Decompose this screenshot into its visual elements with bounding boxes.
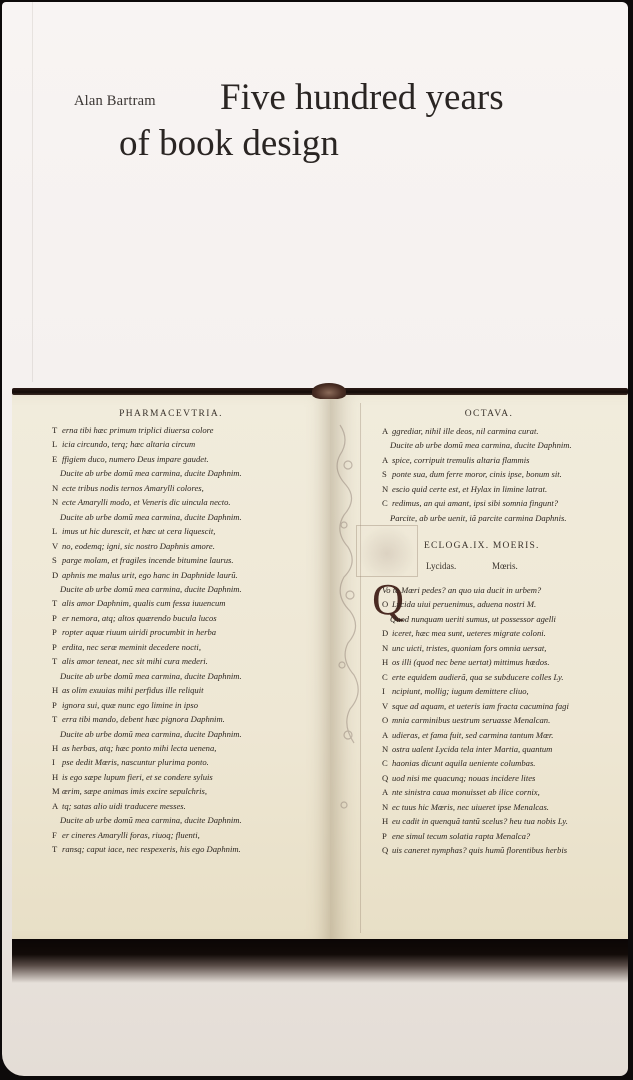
- verse-line: Ducite ab urbe domũ mea carmina, ducite …: [52, 813, 242, 827]
- verse-line: Vo te Mœri pedes? an quo uia ducit in ur…: [382, 583, 569, 597]
- verse-line: Aspice, corripuit tremulis altaria flamm…: [382, 453, 572, 467]
- line-initial: Q: [382, 771, 392, 785]
- line-text: Quod nunquam ueriti sumus, ut possessor …: [390, 614, 556, 624]
- verse-line: Certe equidem audierã, qua se subducere …: [382, 670, 569, 684]
- line-initial: H: [52, 770, 62, 784]
- line-initial: N: [52, 481, 62, 495]
- verse-line: Ante sinistra caua monuisset ab ilice co…: [382, 785, 569, 799]
- line-initial: A: [382, 424, 392, 438]
- line-text: ffigiem duco, numero Deus impare gaudet.: [62, 454, 209, 464]
- line-text: ncipiunt, mollig; iugum demittere cliuo,: [392, 686, 529, 696]
- line-text: œrim, sæpe animas imis excire sepulchris…: [62, 786, 207, 796]
- line-initial: V: [52, 539, 62, 553]
- verse-line: Hos illi (quod nec bene uertat) mittimus…: [382, 655, 569, 669]
- line-text: Parcite, ab urbe uenit, iã parcite carmi…: [390, 513, 566, 523]
- line-initial: P: [52, 625, 62, 639]
- verse-line: Has herbas, atq; hæc ponto mihi lecta ue…: [52, 741, 242, 755]
- line-text: aphnis me malus urit, ego hanc in Daphni…: [62, 570, 238, 580]
- line-text: ene simul tecum solatia rapta Menalca?: [392, 831, 530, 841]
- line-initial: S: [52, 553, 62, 567]
- line-text: spice, corripuit tremulis altaria flammi…: [392, 455, 529, 465]
- line-text: Lycida uiui peruenimus, aduena nostri M.: [392, 599, 536, 609]
- line-initial: N: [382, 641, 392, 655]
- line-text: ransq; caput iace, nec respexeris, his e…: [62, 844, 241, 854]
- verse-line: Aggrediar, nihil ille deos, nil carmina …: [382, 424, 572, 438]
- line-initial: H: [52, 683, 62, 697]
- gutter-rule: [360, 403, 361, 933]
- verse-line: Nostra ualent Lycida tela inter Martia, …: [382, 742, 569, 756]
- line-initial: H: [52, 741, 62, 755]
- line-text: is ego sæpe lupum fieri, et se condere s…: [62, 772, 213, 782]
- verse-line: Sponte sua, dum ferre moror, cinis ipse,…: [382, 467, 572, 481]
- line-initial: O: [382, 597, 392, 611]
- line-text: er nemora, atq; altos quærendo bucula lu…: [62, 613, 217, 623]
- line-initial: I: [52, 755, 62, 769]
- verse-line: Terna tibi hæc primum triplici diuersa c…: [52, 423, 242, 437]
- line-initial: T: [52, 712, 62, 726]
- line-initial: O: [382, 713, 392, 727]
- right-page-text-bottom: Vo te Mœri pedes? an quo uia ducit in ur…: [382, 583, 569, 858]
- line-text: Ducite ab urbe domũ mea carmina, ducite …: [60, 468, 242, 478]
- line-initial: C: [382, 670, 392, 684]
- line-initial: P: [52, 640, 62, 654]
- line-text: ostra ualent Lycida tela inter Martia, q…: [392, 744, 552, 754]
- line-initial: C: [382, 496, 392, 510]
- verse-line: Nescio quid certe est, et Hylax in limin…: [382, 482, 572, 496]
- line-text: haonias dicunt aquila ueniente columbas.: [392, 758, 535, 768]
- verse-line: Transq; caput iace, nec respexeris, his …: [52, 842, 242, 856]
- line-initial: A: [382, 785, 392, 799]
- verse-line: OLycida uiui peruenimus, aduena nostri M…: [382, 597, 569, 611]
- verse-line: Daphnis me malus urit, ego hanc in Daphn…: [52, 568, 242, 582]
- title-line-1: Five hundred years: [119, 75, 504, 121]
- line-text: ecte Amarylli modo, et Veneris dic uincu…: [62, 497, 231, 507]
- line-text: escio quid certe est, et Hylax in limine…: [392, 484, 547, 494]
- verse-line: Audieras, et fama fuit, sed carmina tant…: [382, 728, 569, 742]
- verse-line: Limus ut hic durescit, et hæc ut cera li…: [52, 524, 242, 538]
- line-initial: L: [52, 524, 62, 538]
- verse-line: Quod nisi me quacunq; nouas incidere lit…: [382, 771, 569, 785]
- line-text: ropter aquæ riuum uiridi procumbit in he…: [62, 627, 216, 637]
- verse-line: Per nemora, atq; altos quærendo bucula l…: [52, 611, 242, 625]
- line-initial: A: [382, 728, 392, 742]
- line-initial: T: [52, 423, 62, 437]
- verse-line: Vsque ad aquam, et ueteris iam fracta ca…: [382, 699, 569, 713]
- line-initial: N: [382, 482, 392, 496]
- line-text: parge molam, et fragiles incende bitumin…: [62, 555, 234, 565]
- line-text: Ducite ab urbe domũ mea carmina, ducite …: [60, 815, 242, 825]
- verse-line: Parcite, ab urbe uenit, iã parcite carmi…: [382, 511, 572, 525]
- verse-line: Incipiunt, mollig; iugum demittere cliuo…: [382, 684, 569, 698]
- verse-line: Quod nunquam ueriti sumus, ut possessor …: [382, 612, 569, 626]
- line-text: Ducite ab urbe domũ mea carmina, ducite …: [60, 729, 242, 739]
- line-text: icia circundo, terq; hæc altaria circum: [62, 439, 195, 449]
- line-initial: P: [52, 611, 62, 625]
- line-text: erra tibi mando, debent hæc pignora Daph…: [62, 714, 225, 724]
- line-text: alis amor Daphnim, qualis cum fessa iuue…: [62, 598, 226, 608]
- left-page: PHARMACEVTRIA. Terna tibi hæc primum tri…: [12, 395, 330, 941]
- line-initial: N: [382, 800, 392, 814]
- verse-line: Ipse dedit Mœris, nascuntur plurima pont…: [52, 755, 242, 769]
- verse-line: Vno, eodemq; igni, sic nostro Daphnis am…: [52, 539, 242, 553]
- line-initial: A: [382, 453, 392, 467]
- line-text: unc uicti, tristes, quoniam fors omnia u…: [392, 643, 546, 653]
- verse-line: Necte Amarylli modo, et Veneris dic uinc…: [52, 495, 242, 509]
- line-text: imus ut hic durescit, et hæc ut cera liq…: [62, 526, 215, 536]
- verse-line: Nec tuus hic Mœris, nec uiueret ipse Men…: [382, 800, 569, 814]
- right-running-head: OCTAVA.: [330, 409, 633, 419]
- verse-line: Ducite ab urbe domũ mea carmina, ducite …: [52, 727, 242, 741]
- speaker-1: Lycidas.: [426, 561, 456, 571]
- line-initial: I: [382, 684, 392, 698]
- line-initial: L: [52, 437, 62, 451]
- line-initial: N: [52, 495, 62, 509]
- line-initial: D: [52, 568, 62, 582]
- line-text: alis amor teneat, nec sit mihi cura mede…: [62, 656, 208, 666]
- line-text: sque ad aquam, et ueteris iam fracta cac…: [392, 701, 569, 711]
- verse-line: Omnia carminibus uestrum seruasse Menalc…: [382, 713, 569, 727]
- verse-line: Terra tibi mando, debent hæc pignora Dap…: [52, 712, 242, 726]
- verse-line: His ego sæpe lupum fieri, et se condere …: [52, 770, 242, 784]
- verse-line: Perdita, nec seræ meminit decedere nocti…: [52, 640, 242, 654]
- verse-line: Ducite ab urbe domũ mea carmina, ducite …: [382, 438, 572, 452]
- line-text: Vo te Mœri pedes? an quo uia ducit in ur…: [382, 585, 541, 595]
- verse-line: Ducite ab urbe domũ mea carmina, ducite …: [52, 466, 242, 480]
- line-text: os illi (quod nec bene uertat) mittimus …: [392, 657, 550, 667]
- line-initial: M: [52, 784, 62, 798]
- left-page-text: Terna tibi hæc primum triplici diuersa c…: [52, 423, 242, 857]
- line-text: Ducite ab urbe domũ mea carmina, ducite …: [60, 512, 242, 522]
- verse-line: Chaonias dicunt aquila ueniente columbas…: [382, 756, 569, 770]
- line-text: uod nisi me quacunq; nouas incidere lite…: [392, 773, 535, 783]
- line-text: ec tuus hic Mœris, nec uiueret ipse Mena…: [392, 802, 549, 812]
- open-book-photo: PHARMACEVTRIA. Terna tibi hæc primum tri…: [12, 383, 628, 983]
- line-text: redimus, an qui amant, ipsi sibi somnia …: [392, 498, 558, 508]
- line-initial: C: [382, 756, 392, 770]
- title-line-2: of book design: [119, 121, 504, 167]
- eclogue-heading: ECLOGA.IX. MOERIS.: [424, 541, 540, 551]
- line-initial: E: [52, 452, 62, 466]
- line-text: udieras, et fama fuit, sed carmina tantu…: [392, 730, 553, 740]
- line-text: uis caneret nymphas? quis humũ florentib…: [392, 845, 567, 855]
- line-text: pse dedit Mœris, nascuntur plurima ponto…: [62, 757, 209, 767]
- verse-line: Diceret, hæc mea sunt, ueteres migrate c…: [382, 626, 569, 640]
- line-text: as herbas, atq; hæc ponto mihi lecta uen…: [62, 743, 216, 753]
- line-initial: V: [382, 699, 392, 713]
- verse-line: Propter aquæ riuum uiridi procumbit in h…: [52, 625, 242, 639]
- line-text: tq; satas alio uidi traducere messes.: [62, 801, 186, 811]
- right-page: OCTAVA. Aggrediar, nihil ille deos, nil …: [330, 395, 628, 941]
- verse-line: Talis amor teneat, nec sit mihi cura med…: [52, 654, 242, 668]
- line-text: erna tibi hæc primum triplici diuersa co…: [62, 425, 214, 435]
- verse-line: Necte tribus nodis ternos Amarylli color…: [52, 481, 242, 495]
- left-running-head: PHARMACEVTRIA.: [12, 409, 360, 419]
- right-page-text-top: Aggrediar, nihil ille deos, nil carmina …: [382, 424, 572, 525]
- verse-line: Ducite ab urbe domũ mea carmina, ducite …: [52, 582, 242, 596]
- line-initial: A: [52, 799, 62, 813]
- verse-line: Fer cineres Amarylli foras, riuoq; fluen…: [52, 828, 242, 842]
- line-initial: T: [52, 654, 62, 668]
- line-initial: P: [382, 829, 392, 843]
- verse-line: Talis amor Daphnim, qualis cum fessa iuu…: [52, 596, 242, 610]
- line-text: erdita, nec seræ meminit decedere nocti,: [62, 642, 201, 652]
- verse-line: Quis caneret nymphas? quis humũ florenti…: [382, 843, 569, 857]
- verse-line: Has olim exuuias mihi perfidus ille reli…: [52, 683, 242, 697]
- verse-line: Licia circundo, terq; hæc altaria circum: [52, 437, 242, 451]
- line-initial: P: [52, 698, 62, 712]
- spine-crease: [32, 2, 33, 382]
- line-text: Ducite ab urbe domũ mea carmina, ducite …: [60, 671, 242, 681]
- verse-line: Atq; satas alio uidi traducere messes.: [52, 799, 242, 813]
- verse-line: Nunc uicti, tristes, quoniam fors omnia …: [382, 641, 569, 655]
- line-text: ecte tribus nodis ternos Amarylli colore…: [62, 483, 204, 493]
- line-initial: T: [52, 842, 62, 856]
- line-text: er cineres Amarylli foras, riuoq; fluent…: [62, 830, 200, 840]
- verse-line: Ducite ab urbe domũ mea carmina, ducite …: [52, 510, 242, 524]
- line-text: as olim exuuias mihi perfidus ille reliq…: [62, 685, 203, 695]
- verse-line: Mœrim, sæpe animas imis excire sepulchri…: [52, 784, 242, 798]
- line-initial: D: [382, 626, 392, 640]
- line-text: mnia carminibus uestrum seruasse Menalca…: [392, 715, 550, 725]
- line-text: ggrediar, nihil ille deos, nil carmina c…: [392, 426, 538, 436]
- line-initial: H: [382, 655, 392, 669]
- verse-line: Heu cadit in quenquã tantũ scelus? heu t…: [382, 814, 569, 828]
- line-text: no, eodemq; igni, sic nostro Daphnis amo…: [62, 541, 215, 551]
- line-text: Ducite ab urbe domũ mea carmina, ducite …: [60, 584, 242, 594]
- line-initial: H: [382, 814, 392, 828]
- headband: [312, 383, 346, 399]
- line-initial: T: [52, 596, 62, 610]
- verse-line: Pignora sui, quæ nunc ego limine in ipso: [52, 698, 242, 712]
- book-shadow: [12, 939, 628, 983]
- line-text: erte equidem audierã, qua se subducere c…: [392, 672, 564, 682]
- verse-line: Effigiem duco, numero Deus impare gaudet…: [52, 452, 242, 466]
- line-text: nte sinistra caua monuisset ab ilice cor…: [392, 787, 540, 797]
- line-text: ignora sui, quæ nunc ego limine in ipso: [62, 700, 198, 710]
- verse-line: Pene simul tecum solatia rapta Menalca?: [382, 829, 569, 843]
- line-initial: S: [382, 467, 392, 481]
- line-initial: Q: [382, 843, 392, 857]
- verse-line: Sparge molam, et fragiles incende bitumi…: [52, 553, 242, 567]
- line-initial: F: [52, 828, 62, 842]
- decorative-initial-frame: [356, 525, 418, 577]
- verse-line: Credimus, an qui amant, ipsi sibi somnia…: [382, 496, 572, 510]
- line-text: Ducite ab urbe domũ mea carmina, ducite …: [390, 440, 572, 450]
- line-text: eu cadit in quenquã tantũ scelus? heu tu…: [392, 816, 568, 826]
- line-initial: N: [382, 742, 392, 756]
- line-text: iceret, hæc mea sunt, ueteres migrate co…: [392, 628, 546, 638]
- book-title: Five hundred years of book design: [119, 75, 504, 167]
- verse-line: Ducite ab urbe domũ mea carmina, ducite …: [52, 669, 242, 683]
- speaker-2: Mœris.: [492, 561, 518, 571]
- line-text: ponte sua, dum ferre moror, cinis ipse, …: [392, 469, 562, 479]
